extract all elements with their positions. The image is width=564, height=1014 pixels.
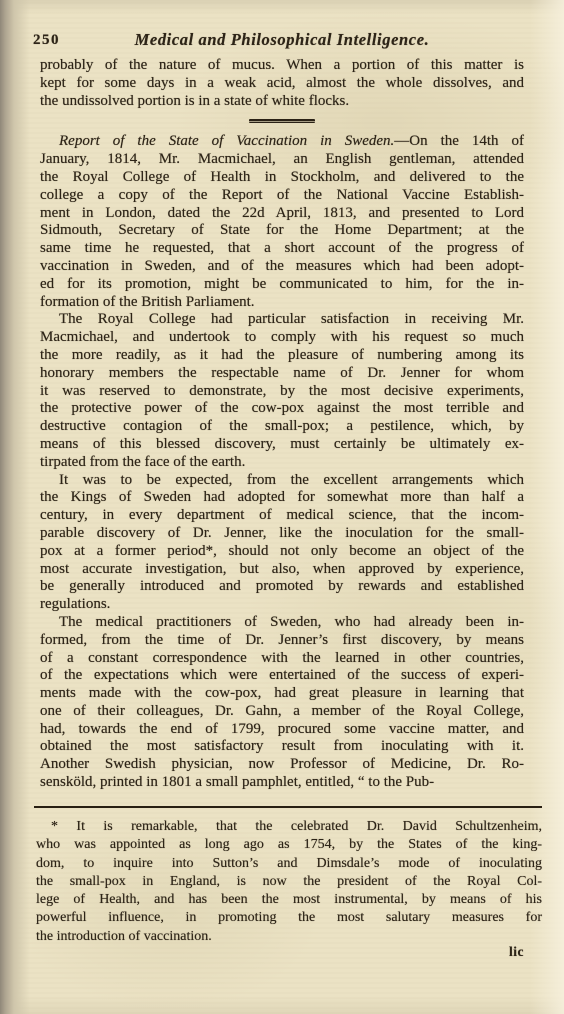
text-line: honorary members the respectable name of…	[40, 365, 524, 383]
text-line: Macmichael, and undertook to comply with…	[40, 329, 524, 347]
page-number: 250	[33, 32, 60, 49]
text-line: parable discovery of Dr. Jenner, like th…	[40, 525, 524, 543]
text-line: The medical practitioners of Sweden, who…	[40, 614, 524, 632]
text-line: formation of the British Parliament.	[40, 294, 524, 312]
running-title: Medical and Philosophical Intelligence.	[40, 30, 524, 50]
text-line: ed for its promotion, might be communica…	[40, 276, 524, 294]
scanned-book-page: 250 Medical and Philosophical Intelligen…	[0, 0, 564, 1014]
text-line: January, 1814, Mr. Macmichael, an Englis…	[40, 151, 524, 169]
text-line: of the expectations which were entertain…	[40, 667, 524, 685]
text-line: It was to be expected, from the excellen…	[40, 472, 524, 490]
text-line: The Royal College had particular satisfa…	[40, 311, 524, 329]
text-line: lege of Health, and has been the most in…	[36, 891, 542, 909]
text-line: most accurate investigation, but also, w…	[40, 561, 524, 579]
text-line: one of their colleagues, Dr. Gahn, a mem…	[40, 703, 524, 721]
paragraph-expected: It was to be expected, from the excellen…	[40, 472, 524, 614]
text-line: the introduction of vaccination.	[36, 928, 542, 946]
text-line: destructive contagion of the small-pox; …	[40, 418, 524, 436]
text-line: be generally introduced and promoted by …	[40, 578, 524, 596]
text-line: college a copy of the Report of the Nati…	[40, 187, 524, 205]
text-line: the small-pox in England, is now the pre…	[36, 873, 542, 891]
text-line: the Kings of Sweden had adopted for some…	[40, 489, 524, 507]
text-column: probably of the nature of mucus. When a …	[40, 57, 524, 792]
report-title-rest: —On the 14th of	[394, 133, 524, 149]
text-line: the undissolved portion is in a state of…	[40, 93, 524, 111]
text-line: Another Swedish physician, now Professor…	[40, 756, 524, 774]
text-line: of a constant correspondence with the le…	[40, 650, 524, 668]
text-line: pox at a former period*, should not only…	[40, 543, 524, 561]
catchword: lic	[509, 944, 524, 960]
text-line: means of this blessed discovery, must ce…	[40, 436, 524, 454]
text-line: probably of the nature of mucus. When a …	[40, 57, 524, 75]
text-line: obtained the most satisfactory result fr…	[40, 738, 524, 756]
text-line: dom, to inquire into Sutton’s and Dimsda…	[36, 855, 542, 873]
paragraph-practitioners: The medical practitioners of Sweden, who…	[40, 614, 524, 792]
paragraph-royal-college: The Royal College had particular satisfa…	[40, 311, 524, 471]
paragraph-report: Report of the State of Vaccination in Sw…	[40, 133, 524, 311]
report-heading-line: Report of the State of Vaccination in Sw…	[40, 133, 524, 151]
text-line: sensköld, printed in 1801 a small pamphl…	[40, 774, 524, 792]
text-line: * It is remarkable, that the celebrated …	[36, 818, 542, 836]
text-line: ments made with the cow-pox, had great p…	[40, 685, 524, 703]
footnote-separator-rule	[34, 806, 542, 808]
text-line: who was appointed as long ago as 1754, b…	[36, 836, 542, 854]
text-line: Sidmouth, Secretary of State for the Hom…	[40, 222, 524, 240]
report-title: Report of the State of Vaccination in Sw…	[59, 133, 394, 149]
text-line: formed, from the time of Dr. Jenner’s fi…	[40, 632, 524, 650]
text-line: tirpated from the face of the earth.	[40, 454, 524, 472]
text-line: vaccination in Sweden, and of the measur…	[40, 258, 524, 276]
text-line: the more readily, as it had the pleasure…	[40, 347, 524, 365]
text-line: had, towards the end of 1799, procured s…	[40, 721, 524, 739]
text-line: the Royal College of Health in Stockholm…	[40, 169, 524, 187]
text-line: kept for some days in a weak acid, almos…	[40, 75, 524, 93]
text-line: the protective power of the cow-pox agai…	[40, 400, 524, 418]
page-header: 250 Medical and Philosophical Intelligen…	[40, 30, 524, 50]
paragraph-mucus: probably of the nature of mucus. When a …	[40, 57, 524, 110]
text-line: it was reserved to demonstrate, by the m…	[40, 383, 524, 401]
text-line: powerful influence, in promoting the mos…	[36, 909, 542, 927]
text-line: ment in London, dated the 22d April, 181…	[40, 205, 524, 223]
text-line: regulations.	[40, 596, 524, 614]
report-body-lines: January, 1814, Mr. Macmichael, an Englis…	[40, 151, 524, 311]
text-line: same time he requested, that a short acc…	[40, 240, 524, 258]
text-line: century, in every department of medical …	[40, 507, 524, 525]
footnote: * It is remarkable, that the celebrated …	[36, 818, 542, 946]
section-divider-rule	[249, 119, 315, 123]
